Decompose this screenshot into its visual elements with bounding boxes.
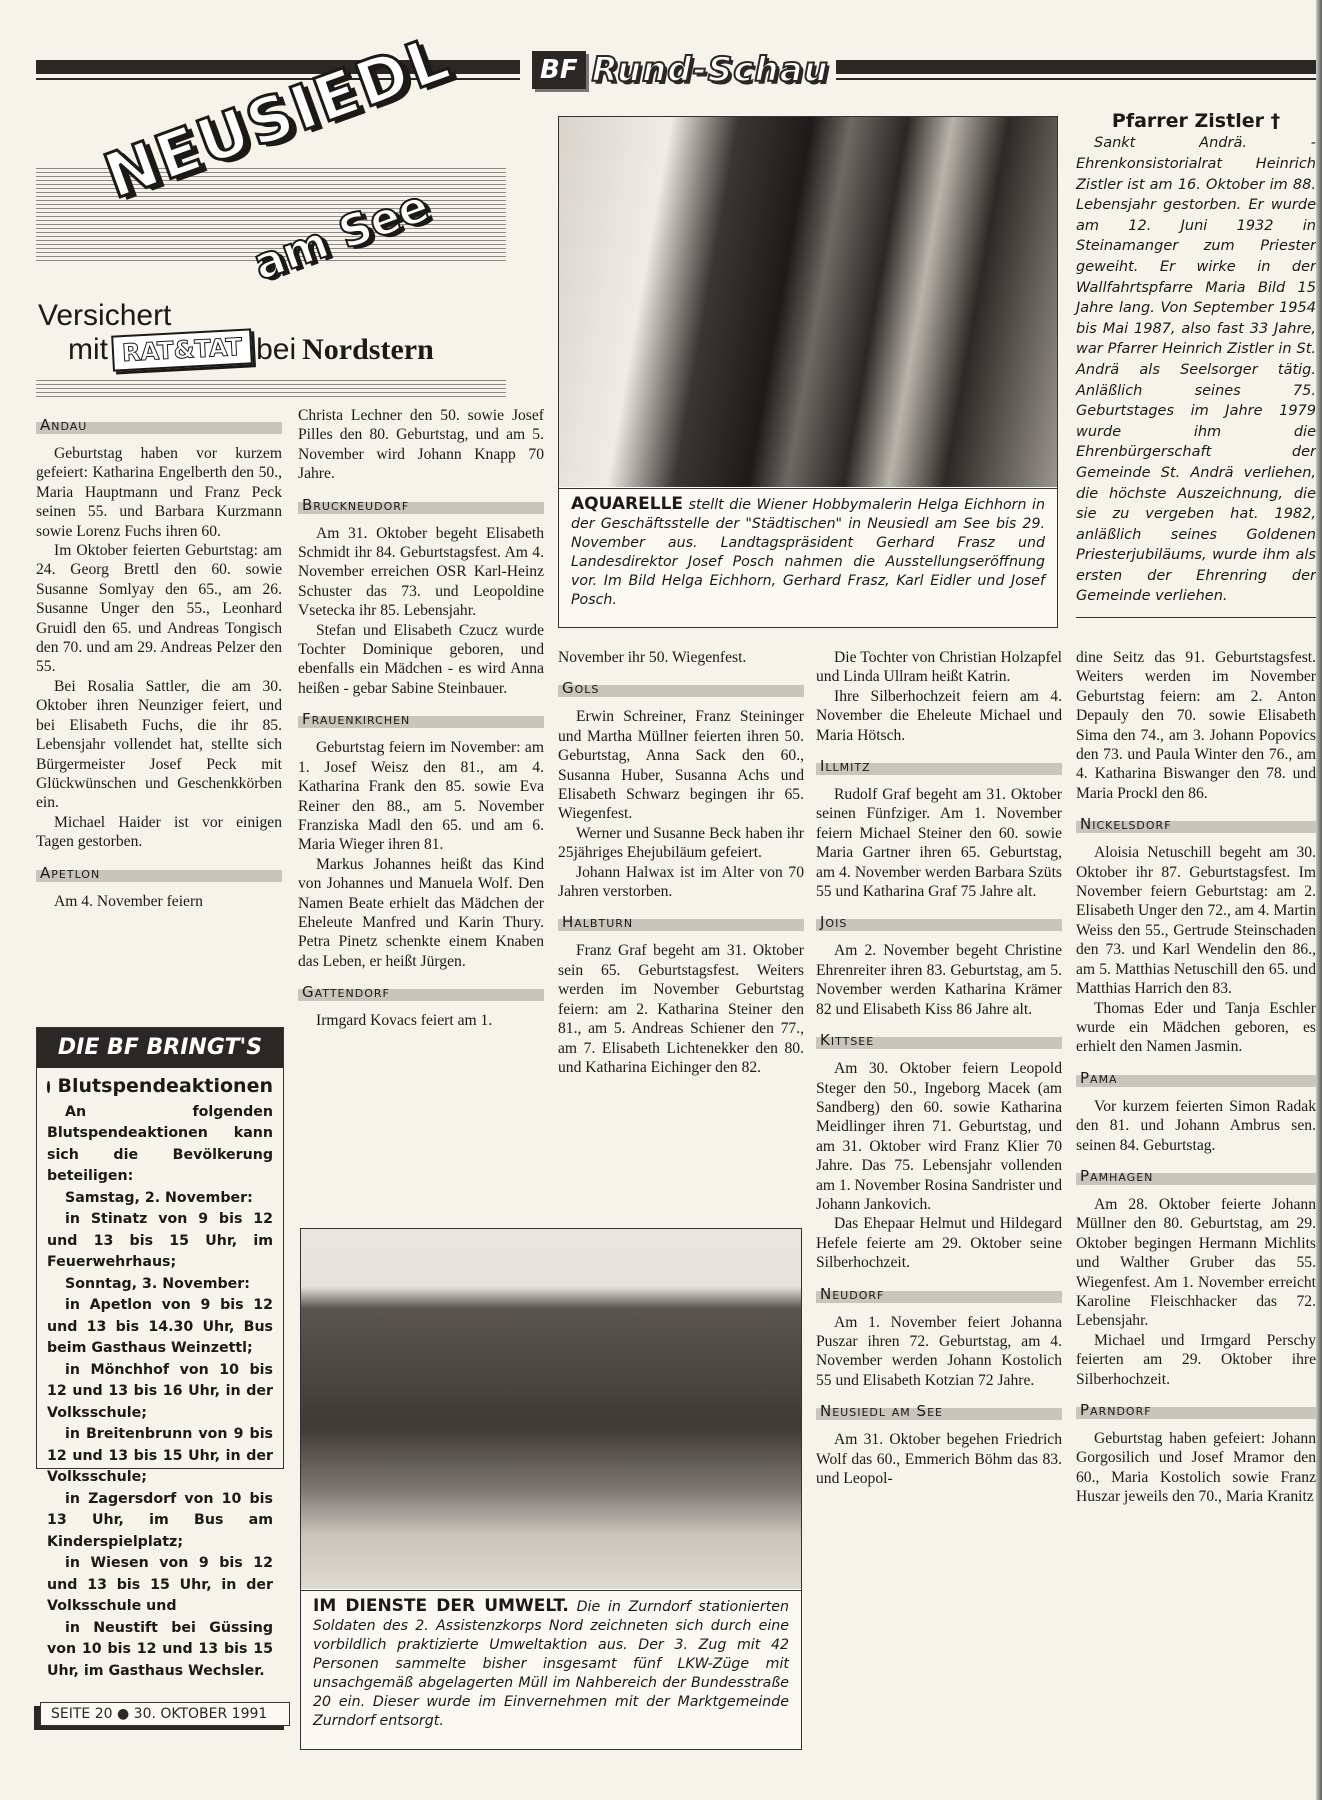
footer-bullet-icon: ● xyxy=(117,1706,129,1722)
apetlon-p1: Am 4. November feiern xyxy=(36,892,282,911)
section-head-parndorf: Parndorf xyxy=(1076,1399,1316,1421)
column-2: Christa Lechner den 50. sowie Josef Pill… xyxy=(298,406,544,1031)
blutspende-item: in Breitenbrunn von 9 bis 12 und 13 bis … xyxy=(47,1424,273,1489)
section-head-andau: Andau xyxy=(36,414,282,436)
section-head-jois: Jois xyxy=(816,911,1062,933)
nordstern-ad: Versichert mit RAT&TAT bei Nordstern xyxy=(38,300,434,368)
bullet-icon xyxy=(47,1081,50,1093)
blutspende-item: in Mönchhof von 10 bis 12 und 13 bis 16 … xyxy=(47,1360,273,1425)
bf-bringts-box: DIE BF BRINGT'S Blutspendeaktionen An fo… xyxy=(36,1027,284,1469)
jois-p1: Am 2. November begeht Christine Ehrenrei… xyxy=(816,941,1062,1019)
umwelt-photo-box: IM DIENSTE DER UMWELT. Die in Zurndorf s… xyxy=(300,1228,802,1750)
ad-line-1: Versichert xyxy=(38,300,434,332)
page-edge-shadow xyxy=(1316,0,1322,1800)
blutspende-intro: An folgenden Blutspendeaktionen kann sic… xyxy=(47,1102,273,1188)
blutspende-item: in Neustift bei Güssing von 10 bis 12 un… xyxy=(47,1618,273,1683)
halbturn-p1: Franz Graf begeht am 31. Oktober sein 65… xyxy=(558,941,804,1077)
andau-p4: Michael Haider ist vor einigen Tagen ges… xyxy=(36,813,282,852)
halbturn-p3: Ihre Silberhochzeit feiern am 4. Novembe… xyxy=(816,687,1062,745)
bruckneudorf-p2: Stefan und Elisabeth Czucz wurde Tochter… xyxy=(298,621,544,699)
page-footer: SEITE 20 ● 30. OKTOBER 1991 xyxy=(40,1702,290,1726)
nordstern-brand: Nordstern xyxy=(302,334,434,366)
section-head-pamhagen: Pamhagen xyxy=(1076,1165,1316,1187)
section-head-frauenkirchen: Frauenkirchen xyxy=(298,708,544,730)
blutspende-item: Sonntag, 3. November: xyxy=(47,1274,273,1296)
bf-bringts-header: DIE BF BRINGT'S xyxy=(37,1028,283,1068)
column-5: dine Seitz das 91. Geburtstagsfest. Weit… xyxy=(1076,648,1316,1507)
gattendorf-p2: November ihr 50. Wiegenfest. xyxy=(558,648,804,667)
logo-stripes-bottom xyxy=(36,380,506,398)
pamhagen-p2: Michael und Irmgard Perschy feierten am … xyxy=(1076,1331,1316,1389)
aquarelle-photo-box: AQUARELLE stellt die Wiener Hobbymalerin… xyxy=(558,116,1058,628)
issue-date: 30. OKTOBER 1991 xyxy=(134,1706,268,1722)
neusiedl-p2: dine Seitz das 91. Geburtstagsfest. Weit… xyxy=(1076,648,1316,803)
halbturn-p2: Die Tochter von Christian Holzapfel und … xyxy=(816,648,1062,687)
section-head-nickelsdorf: Nickelsdorf xyxy=(1076,813,1316,835)
aquarelle-caption-lead: AQUARELLE xyxy=(571,494,683,514)
umwelt-photo xyxy=(301,1229,801,1589)
gattendorf-p1: Irmgard Kovacs feiert am 1. xyxy=(298,1011,544,1030)
aquarelle-caption: AQUARELLE stellt die Wiener Hobbymalerin… xyxy=(559,488,1057,627)
andau-p1: Geburtstag haben vor kurzem gefeiert: Ka… xyxy=(36,444,282,541)
section-head-halbturn: Halbturn xyxy=(558,911,804,933)
masthead-thin-rule-right xyxy=(836,78,1316,80)
umwelt-caption: IM DIENSTE DER UMWELT. Die in Zurndorf s… xyxy=(301,1590,801,1749)
masthead-rule-right xyxy=(836,60,1316,74)
bruckneudorf-p1: Am 31. Oktober begeht Elisabeth Schmidt … xyxy=(298,524,544,621)
pamhagen-p1: Am 28. Oktober feierte Johann Müllner de… xyxy=(1076,1195,1316,1331)
section-head-kittsee: Kittsee xyxy=(816,1029,1062,1051)
neudorf-p1: Am 1. November feiert Johanna Puszar ihr… xyxy=(816,1313,1062,1391)
frauenkirchen-p2: Markus Johannes heißt das Kind von Johan… xyxy=(298,855,544,971)
column-4: Die Tochter von Christian Holzapfel und … xyxy=(816,648,1062,1488)
blutspende-item: in Wiesen von 9 bis 12 und 13 bis 15 Uhr… xyxy=(47,1553,273,1618)
parndorf-p1: Geburtstag haben gefeiert: Johann Gorgos… xyxy=(1076,1429,1316,1507)
blutspende-item: Samstag, 2. November: xyxy=(47,1188,273,1210)
section-head-pama: Pama xyxy=(1076,1067,1316,1089)
frauenkirchen-p1: Geburtstag feiern im November: am 1. Jos… xyxy=(298,738,544,854)
section-head-apetlon: Apetlon xyxy=(36,862,282,884)
section-title: Rund-Schau xyxy=(592,50,829,90)
column-3: November ihr 50. Wiegenfest. Gols Erwin … xyxy=(558,648,804,1077)
masthead-title: BF Rund-Schau xyxy=(532,50,829,90)
aquarelle-photo xyxy=(559,117,1057,487)
gols-p3: Johann Halwax ist im Alter von 70 Jahren… xyxy=(558,863,804,902)
neusiedl-p1: Am 31. Oktober begehen Friedrich Wolf da… xyxy=(816,1430,1062,1488)
section-head-neudorf: Neudorf xyxy=(816,1283,1062,1305)
zistler-title: Pfarrer Zistler † xyxy=(1076,112,1316,131)
blutspende-item: in Zagersdorf von 10 bis 13 Uhr, im Bus … xyxy=(47,1489,273,1554)
andau-p3: Bei Rosalia Sattler, die am 30. Oktober … xyxy=(36,677,282,813)
zistler-rule xyxy=(1076,617,1316,618)
section-head-gattendorf: Gattendorf xyxy=(298,981,544,1003)
kittsee-p2: Das Ehepaar Helmut und Hildegard Hefele … xyxy=(816,1214,1062,1272)
gols-p2: Werner und Susanne Beck haben ihr 25jähr… xyxy=(558,824,804,863)
section-head-illmitz: Illmitz xyxy=(816,755,1062,777)
ad-line-2: mit RAT&TAT bei Nordstern xyxy=(38,332,434,368)
illmitz-p1: Rudolf Graf begeht am 31. Oktober seinen… xyxy=(816,785,1062,901)
andau-p2: Im Oktober feierten Geburtstag: am 24. G… xyxy=(36,541,282,677)
blutspende-item: in Stinatz von 9 bis 12 und 13 bis 15 Uh… xyxy=(47,1209,273,1274)
nickelsdorf-p2: Thomas Eder und Tanja Eschler wurde ein … xyxy=(1076,999,1316,1057)
nickelsdorf-p1: Aloisia Netuschill begeht am 30. Oktober… xyxy=(1076,843,1316,998)
section-head-neusiedl: Neusiedl am See xyxy=(816,1400,1062,1422)
ad-bei: bei xyxy=(256,334,296,366)
section-head-gols: Gols xyxy=(558,677,804,699)
blutspende-item: in Apetlon von 9 bis 12 und 13 bis 14.30… xyxy=(47,1295,273,1360)
page-number: SEITE 20 xyxy=(51,1706,113,1722)
rat-tat-logo: RAT&TAT xyxy=(111,328,253,371)
blutspende-title: Blutspendeaktionen xyxy=(47,1076,273,1098)
zistler-article: Pfarrer Zistler † Sankt Andrä. - Ehrenko… xyxy=(1076,112,1316,618)
apetlon-p2: Christa Lechner den 50. sowie Josef Pill… xyxy=(298,406,544,484)
pama-p1: Vor kurzem feierten Simon Radak den 81. … xyxy=(1076,1097,1316,1155)
column-1: Andau Geburtstag haben vor kurzem gefeie… xyxy=(36,404,282,911)
section-head-bruckneudorf: Bruckneudorf xyxy=(298,494,544,516)
bf-logo: BF xyxy=(532,51,586,89)
umwelt-caption-lead: IM DIENSTE DER UMWELT. xyxy=(313,1596,569,1616)
gols-p1: Erwin Schreiner, Franz Steininger und Ma… xyxy=(558,707,804,823)
ad-mit: mit xyxy=(68,334,108,366)
kittsee-p1: Am 30. Oktober feiern Leopold Steger den… xyxy=(816,1059,1062,1214)
zistler-text: Sankt Andrä. - Ehrenkonsistorialrat Hein… xyxy=(1076,133,1316,607)
